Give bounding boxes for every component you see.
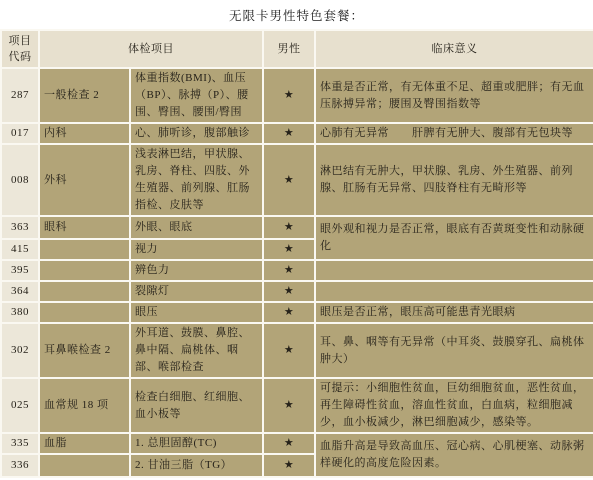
star-marker: ★ — [263, 433, 315, 454]
star-marker: ★ — [263, 216, 315, 239]
cell-items: 外耳道、鼓膜、鼻腔、鼻中隔、扁桃体、咽部、喉部检查 — [130, 323, 263, 378]
table-row: 008 外科 浅表淋巴结，甲状腺、乳房、脊柱、四肢、外生殖器、前列腺、肛肠指检、… — [1, 144, 593, 216]
table-row: 025 血常规 18 项 检查白细胞、红细胞、血小板等 ★ 可提示：小细胞性贫血… — [1, 378, 593, 433]
header-code: 项目代码 — [1, 30, 39, 68]
cell-code: 415 — [1, 239, 39, 260]
table-row: 380 眼压 ★ 眼压是否正常，眼压高可能患青光眼病 — [1, 302, 593, 323]
cell-category — [39, 302, 130, 323]
cell-items: 体重指数(BMI)、血压（BP）、脉搏（P）、腰围、臀围、腰围/臀围 — [130, 68, 263, 123]
cell-clinical: 可提示：小细胞性贫血，巨幼细胞贫血，恶性贫血，再生障碍性贫血，溶血性贫血，白血病… — [315, 378, 593, 433]
cell-category — [39, 260, 130, 281]
cell-clinical: 体重是否正常，有无体重不足、超重或肥胖；有无血压脉搏异常；腰围及臀围指数等 — [315, 68, 593, 123]
cell-category: 血常规 18 项 — [39, 378, 130, 433]
cell-items: 眼压 — [130, 302, 263, 323]
cell-category — [39, 281, 130, 302]
header-male: 男性 — [263, 30, 315, 68]
cell-code: 363 — [1, 216, 39, 239]
cell-clinical: 耳、鼻、咽等有无异常（中耳炎、鼓膜穿孔、扁桃体肿大） — [315, 323, 593, 378]
cell-code: 302 — [1, 323, 39, 378]
cell-code: 017 — [1, 123, 39, 144]
cell-code: 025 — [1, 378, 39, 433]
cell-category: 眼科 — [39, 216, 130, 239]
table-row: 302 耳鼻喉检查 2 外耳道、鼓膜、鼻腔、鼻中隔、扁桃体、咽部、喉部检查 ★ … — [1, 323, 593, 378]
star-marker: ★ — [263, 68, 315, 123]
cell-clinical: 眼压是否正常，眼压高可能患青光眼病 — [315, 302, 593, 323]
cell-code: 364 — [1, 281, 39, 302]
cell-items: 浅表淋巴结，甲状腺、乳房、脊柱、四肢、外生殖器、前列腺、肛肠指检、皮肤等 — [130, 144, 263, 216]
table-row: 363 眼科 外眼、眼底 ★ 眼外观和视力是否正常，眼底有否黄斑变性和动脉硬化 — [1, 216, 593, 239]
star-marker: ★ — [263, 454, 315, 477]
table-row: 335 血脂 1. 总胆固醇(TC) ★ 血脂升高是导致高血压、冠心病、心肌梗塞… — [1, 433, 593, 454]
cell-clinical: 眼外观和视力是否正常，眼底有否黄斑变性和动脉硬化 — [315, 216, 593, 260]
cell-clinical: 心肺有无异常 肝脾有无肿大、腹部有无包块等 — [315, 123, 593, 144]
header-row: 项目代码 体检项目 男性 临床意义 — [1, 30, 593, 68]
star-marker: ★ — [263, 378, 315, 433]
cell-category: 一般检查 2 — [39, 68, 130, 123]
star-marker: ★ — [263, 123, 315, 144]
cell-items: 外眼、眼底 — [130, 216, 263, 239]
cell-items: 裂隙灯 — [130, 281, 263, 302]
cell-clinical — [315, 260, 593, 281]
cell-category: 外科 — [39, 144, 130, 216]
cell-category — [39, 239, 130, 260]
page-title: 无限卡男性特色套餐： — [0, 0, 593, 29]
cell-code: 380 — [1, 302, 39, 323]
cell-clinical: 血脂升高是导致高血压、冠心病、心肌梗塞、动脉粥样硬化的高度危险因素。 — [315, 433, 593, 477]
star-marker: ★ — [263, 144, 315, 216]
header-items: 体检项目 — [39, 30, 263, 68]
star-marker: ★ — [263, 260, 315, 281]
cell-items: 辨色力 — [130, 260, 263, 281]
cell-items: 视力 — [130, 239, 263, 260]
cell-items: 检查白细胞、红细胞、血小板等 — [130, 378, 263, 433]
table-row: 395 辨色力 ★ — [1, 260, 593, 281]
star-marker: ★ — [263, 323, 315, 378]
cell-category: 耳鼻喉检查 2 — [39, 323, 130, 378]
cell-code: 008 — [1, 144, 39, 216]
cell-code: 335 — [1, 433, 39, 454]
cell-code: 287 — [1, 68, 39, 123]
exam-table: 项目代码 体检项目 男性 临床意义 287 一般检查 2 体重指数(BMI)、血… — [0, 29, 593, 478]
cell-category: 血脂 — [39, 433, 130, 454]
cell-code: 395 — [1, 260, 39, 281]
cell-clinical: 淋巴结有无肿大，甲状腺、乳房、外生殖器、前列腺、肛肠有无异常、四肢脊柱有无畸形等 — [315, 144, 593, 216]
table-row: 017 内科 心、肺听诊，腹部触诊 ★ 心肺有无异常 肝脾有无肿大、腹部有无包块… — [1, 123, 593, 144]
star-marker: ★ — [263, 281, 315, 302]
cell-code: 336 — [1, 454, 39, 477]
cell-items: 心、肺听诊，腹部触诊 — [130, 123, 263, 144]
table-row: 364 裂隙灯 ★ — [1, 281, 593, 302]
table-row: 287 一般检查 2 体重指数(BMI)、血压（BP）、脉搏（P）、腰围、臀围、… — [1, 68, 593, 123]
header-clinical: 临床意义 — [315, 30, 593, 68]
cell-clinical — [315, 281, 593, 302]
cell-items: 1. 总胆固醇(TC) — [130, 433, 263, 454]
cell-category: 内科 — [39, 123, 130, 144]
cell-items: 2. 甘油三脂（TG） — [130, 454, 263, 477]
star-marker: ★ — [263, 239, 315, 260]
cell-category — [39, 454, 130, 477]
star-marker: ★ — [263, 302, 315, 323]
